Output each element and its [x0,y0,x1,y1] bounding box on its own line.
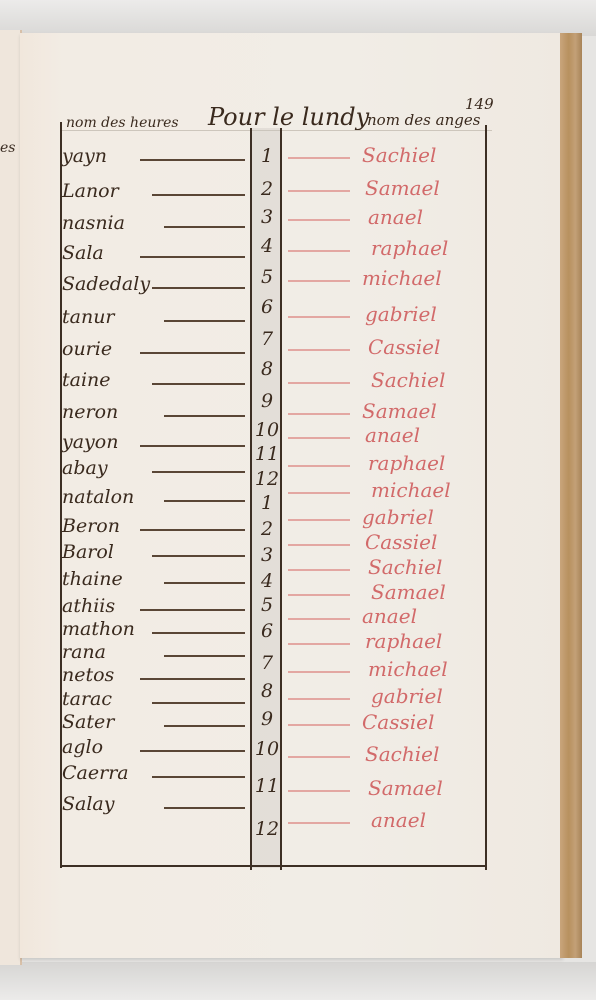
hour-name: tarac [62,688,112,710]
number-column-right-border [280,128,282,870]
hour-number: 11 [254,775,280,797]
hour-number: 5 [254,594,280,616]
hour-name: tanur [62,306,115,328]
angel-name: michael [362,266,442,290]
angels-column-heading: nom des anges [367,111,480,129]
hour-number: 4 [254,235,280,257]
angel-name: gabriel [365,302,437,326]
angel-name: raphael [368,451,445,475]
hour-number: 12 [254,818,280,840]
hour-name: netos [62,664,114,686]
red-leader-line [288,594,350,596]
angel-name: Cassiel [365,530,437,554]
hour-number: 1 [254,145,280,167]
hour-name: mathon [62,618,135,640]
angel-name: gabriel [362,505,434,529]
angel-name: Sachiel [368,555,442,579]
red-leader-line [288,382,350,384]
red-leader-line [288,544,350,546]
hour-number: 8 [254,358,280,380]
hour-name: Beron [62,515,120,537]
angel-name: raphael [371,236,448,260]
hour-name: thaine [62,568,123,590]
angel-name: Samael [371,580,446,604]
leader-line [140,159,245,161]
page-number: 149 [465,95,494,113]
book-fore-edge [560,33,582,958]
red-leader-line [288,724,350,726]
red-leader-line [288,756,350,758]
hour-name: rana [62,641,106,663]
hour-name: athiis [62,595,115,617]
hour-number: 4 [254,570,280,592]
hour-number: 2 [254,178,280,200]
hour-name: yayon [62,431,118,453]
table-bottom-border [60,865,487,867]
angel-name: Sachiel [365,742,439,766]
red-leader-line [288,250,350,252]
red-leader-line [288,349,350,351]
hour-name: Sater [62,711,114,733]
hour-number: 11 [254,443,280,465]
hour-number: 12 [254,468,280,490]
page-header: nom des heures Pour le lundy nom des ang… [62,95,502,135]
hour-number: 2 [254,518,280,540]
leader-line [152,383,245,385]
hour-number: 1 [254,492,280,514]
hour-name: neron [62,401,118,423]
left-page-edge: es [0,30,22,965]
angel-name: anael [371,808,426,832]
hour-number: 6 [254,620,280,642]
hour-name: Salay [62,793,114,815]
angel-name: anael [365,423,420,447]
angel-name: Samael [368,776,443,800]
leader-line [140,352,245,354]
number-column-left-border [250,128,252,870]
hour-number: 5 [254,266,280,288]
angel-name: raphael [365,629,442,653]
leader-line [152,194,245,196]
leader-line [152,555,245,557]
hour-name: nasnia [62,212,125,234]
hour-number: 9 [254,390,280,412]
red-leader-line [288,618,350,620]
hour-name: Sala [62,242,104,264]
red-leader-line [288,219,350,221]
red-leader-line [288,698,350,700]
backdrop-top [0,0,596,36]
table-right-border [485,125,487,870]
hour-number: 10 [254,419,280,441]
leader-line [140,256,245,258]
angel-name: anael [368,205,423,229]
red-leader-line [288,519,350,521]
red-leader-line [288,822,350,824]
hour-number: 6 [254,296,280,318]
hour-number: 3 [254,544,280,566]
hour-name: natalon [62,486,134,508]
angel-name: Samael [362,399,437,423]
red-leader-line [288,316,350,318]
backdrop-bottom [0,962,596,1000]
leader-line [140,750,245,752]
red-leader-line [288,280,350,282]
hours-column-heading: nom des heures [66,115,179,131]
red-leader-line [288,569,350,571]
leader-line [152,632,245,634]
hour-number: 3 [254,206,280,228]
hour-name: aglo [62,736,103,758]
leader-line [140,609,245,611]
red-leader-line [288,492,350,494]
leader-line [164,226,245,228]
red-leader-line [288,643,350,645]
red-leader-line [288,413,350,415]
hour-name: Caerra [62,762,129,784]
angel-name: Cassiel [368,335,440,359]
angel-name: gabriel [371,684,443,708]
leader-line [152,287,245,289]
leader-line [164,500,245,502]
hour-name: taine [62,369,111,391]
leader-line [164,415,245,417]
angel-name: Sachiel [371,368,445,392]
hour-number: 7 [254,328,280,350]
leader-line [164,807,245,809]
hour-name: Barol [62,541,114,563]
leader-line [152,471,245,473]
leader-line [164,320,245,322]
angel-name: anael [362,604,417,628]
hour-number: 10 [254,738,280,760]
leader-line [164,582,245,584]
leader-line [152,702,245,704]
angel-name: michael [371,478,451,502]
leader-line [140,529,245,531]
leader-line [140,678,245,680]
hour-name: Sadedaly [62,273,150,295]
angel-name: Sachiel [362,143,436,167]
red-leader-line [288,790,350,792]
red-leader-line [288,157,350,159]
angel-name: Cassiel [362,710,434,734]
hour-number: 7 [254,652,280,674]
left-page-fragment: es [0,140,15,156]
hour-number: 9 [254,708,280,730]
hour-name: Lanor [62,180,119,202]
red-leader-line [288,465,350,467]
leader-line [164,725,245,727]
hour-name: yayn [62,145,107,167]
red-leader-line [288,437,350,439]
hour-name: abay [62,457,108,479]
angel-name: michael [368,657,448,681]
red-leader-line [288,671,350,673]
red-leader-line [288,190,350,192]
leader-line [140,445,245,447]
leader-line [164,655,245,657]
leader-line [152,776,245,778]
page-title: Pour le lundy [208,103,369,131]
hour-number: 8 [254,680,280,702]
angel-name: Samael [365,176,440,200]
hour-name: ourie [62,338,112,360]
